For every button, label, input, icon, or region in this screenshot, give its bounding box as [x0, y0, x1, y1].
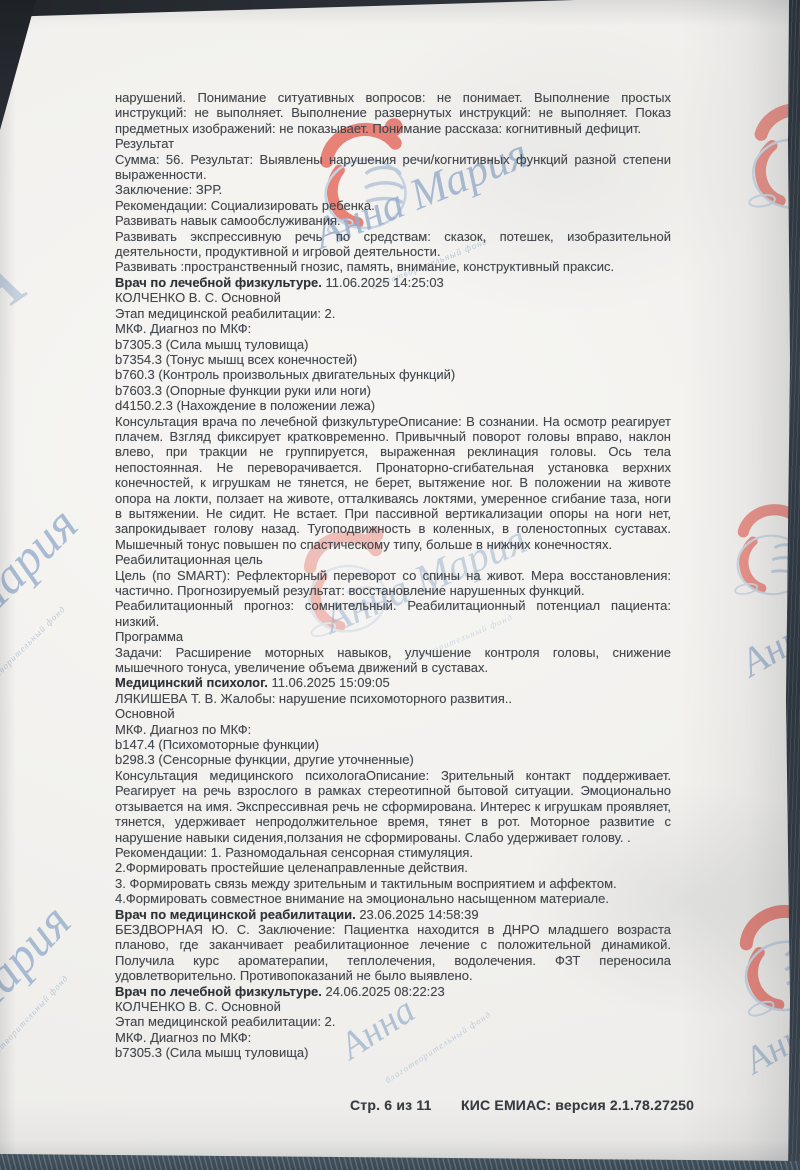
paragraph: Рекомендации: 1. Разномодальная сенсорна… — [115, 845, 671, 860]
paragraph: КОЛЧЕНКО В. С. Основной — [115, 290, 671, 305]
paragraph: b7603.3 (Опорные функции руки или ноги) — [115, 383, 671, 398]
paragraph: Врач по лечебной физкультуре. 11.06.2025… — [115, 275, 671, 290]
watermark-subtext: благотворительный фонд — [0, 604, 67, 699]
paragraph: b7354.3 (Тонус мышц всех конечностей) — [115, 352, 671, 367]
paragraph: Реабилитационный прогноз: сомнительный. … — [115, 598, 671, 629]
watermark-script: А — [0, 228, 41, 344]
paragraph: ЛЯКИШЕВА Т. В. Жалобы: нарушение психомо… — [115, 691, 671, 706]
paragraph: b7305.3 (Сила мышц туловища) — [115, 1045, 671, 1060]
paragraph: МКФ. Диагноз по МКФ: — [115, 722, 671, 737]
paragraph: Развивать экспрессивную речь по средства… — [115, 229, 671, 260]
paragraph: Реабилитационная цель — [115, 552, 671, 567]
paragraph: 3. Формировать связь между зрительным и … — [115, 876, 671, 891]
paragraph: Задачи: Расширение моторных навыков, улу… — [115, 645, 671, 676]
paragraph: b760.3 (Контроль произвольных двигательн… — [115, 367, 671, 382]
section-heading: Врач по медицинской реабилитации. — [115, 907, 356, 922]
section-heading: Медицинский психолог. — [115, 675, 268, 690]
paragraph: Сумма: 56. Результат: Выявлены нарушения… — [115, 152, 671, 183]
watermark-script: Мария — [0, 495, 89, 634]
paragraph: Результат — [115, 136, 671, 151]
paragraph: Программа — [115, 629, 671, 644]
paragraph: Цель (по SMART): Рефлекторный переворот … — [115, 568, 671, 599]
paragraph: Медицинский психолог. 11.06.2025 15:09:0… — [115, 675, 671, 690]
paragraph: нарушений. Понимание ситуативных вопросо… — [115, 90, 671, 136]
document-page: Анна Мария благотворительный фонд А Мари… — [0, 0, 800, 1170]
paragraph: Этап медицинской реабилитации: 2. — [115, 306, 671, 321]
paragraph: Развивать навык самообслуживания. — [115, 213, 671, 228]
paragraph: МКФ. Диагноз по МКФ: — [115, 321, 671, 336]
paragraph: 4.Формировать совместное внимание на эмо… — [115, 891, 671, 906]
paragraph: КОЛЧЕНКО В. С. Основной — [115, 999, 671, 1014]
footer-page-number: Стр. 6 из 11 — [350, 1097, 432, 1113]
paragraph: Развивать :пространственный гнозис, памя… — [115, 259, 671, 274]
paragraph: Этап медицинской реабилитации: 2. — [115, 1014, 671, 1029]
paragraph: Врач по медицинской реабилитации. 23.06.… — [115, 907, 671, 922]
paragraph: Консультация врача по лечебной физкульту… — [115, 414, 671, 553]
paragraph: МКФ. Диагноз по МКФ: — [115, 1030, 671, 1045]
paragraph: b147.4 (Психомоторные функции) — [115, 737, 671, 752]
paragraph: БЕЗДВОРНАЯ Ю. С. Заключение: Пациентка н… — [115, 922, 671, 984]
section-heading: Врач по лечебной физкультуре. — [115, 275, 322, 290]
paragraph: b7305.3 (Сила мышц туловища) — [115, 337, 671, 352]
paragraph: b298.3 (Сенсорные функции, другие уточне… — [115, 752, 671, 767]
paragraph: 2.Формировать простейшие целенаправленны… — [115, 860, 671, 875]
paragraph: Заключение: ЗРР. — [115, 182, 671, 197]
paragraph: Консультация медицинского психологаОписа… — [115, 768, 671, 845]
paragraph: Врач по лечебной физкультуре. 24.06.2025… — [115, 984, 671, 999]
paragraph: Рекомендации: Социализировать ребенка. — [115, 198, 671, 213]
paragraph: d4150.2.3 (Нахождение в положении лежа) — [115, 398, 671, 413]
document-body: нарушений. Понимание ситуативных вопросо… — [115, 90, 671, 1061]
paragraph: Основной — [115, 706, 671, 721]
watermark-script: Мария — [0, 892, 82, 1033]
section-heading: Врач по лечебной физкультуре. — [115, 984, 322, 999]
footer-system-version: КИС ЕМИАС: версия 2.1.78.27250 — [461, 1097, 694, 1113]
